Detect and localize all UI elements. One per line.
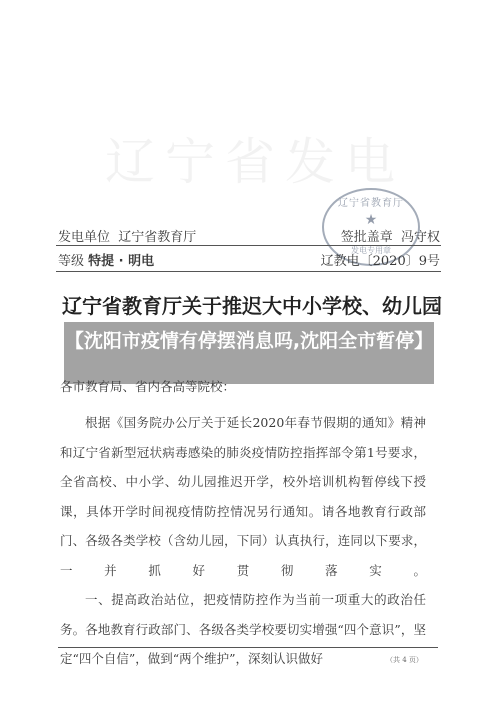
footer-divider — [58, 647, 438, 648]
grade-value: 特提 · 明电 — [88, 254, 154, 269]
watermark-heading: 辽宁省发电 — [105, 122, 405, 194]
grade-row: 等级 特提 · 明电 辽教电〔2020〕9号 — [58, 250, 440, 269]
grade-label: 等级 — [58, 254, 84, 269]
salutation: 各市教育局、省内各高等院校： — [60, 377, 235, 395]
signer-label: 签批盖章 — [341, 230, 393, 245]
document-body: 根据《国务院办公厅关于延长2020年春节假期的通知》精神和辽宁省新型冠状病毒感染… — [60, 408, 426, 674]
signer-field: 签批盖章 冯守权 — [341, 226, 440, 245]
grade-field: 等级 特提 · 明电 — [58, 250, 154, 269]
overlay-banner: 【沈阳市疫情有停摆消息吗,沈阳全市暂停】 — [64, 322, 434, 384]
seal-ring-text: 辽宁省教育厅 — [324, 194, 418, 209]
page-count: （共 4 页） — [386, 655, 423, 665]
sender-label: 发电单位 — [58, 230, 110, 245]
divider — [56, 245, 441, 246]
document-title: 辽宁省教育厅关于推迟大中小学校、幼儿园 — [62, 290, 442, 319]
sender-row: 发电单位 辽宁省教育厅 签批盖章 冯守权 — [58, 226, 440, 245]
signer-value: 冯守权 — [401, 230, 440, 245]
divider — [56, 271, 441, 272]
sender-value: 辽宁省教育厅 — [118, 230, 196, 245]
paragraph: 一、提高政治站位，把疫情防控作为当前一项重大的政治任务。各地教育行政部门、各级各… — [60, 585, 426, 674]
sender-field: 发电单位 辽宁省教育厅 — [58, 226, 196, 245]
paragraph: 根据《国务院办公厅关于延长2020年春节假期的通知》精神和辽宁省新型冠状病毒感染… — [60, 408, 426, 585]
doc-number: 辽教电〔2020〕9号 — [321, 250, 440, 269]
